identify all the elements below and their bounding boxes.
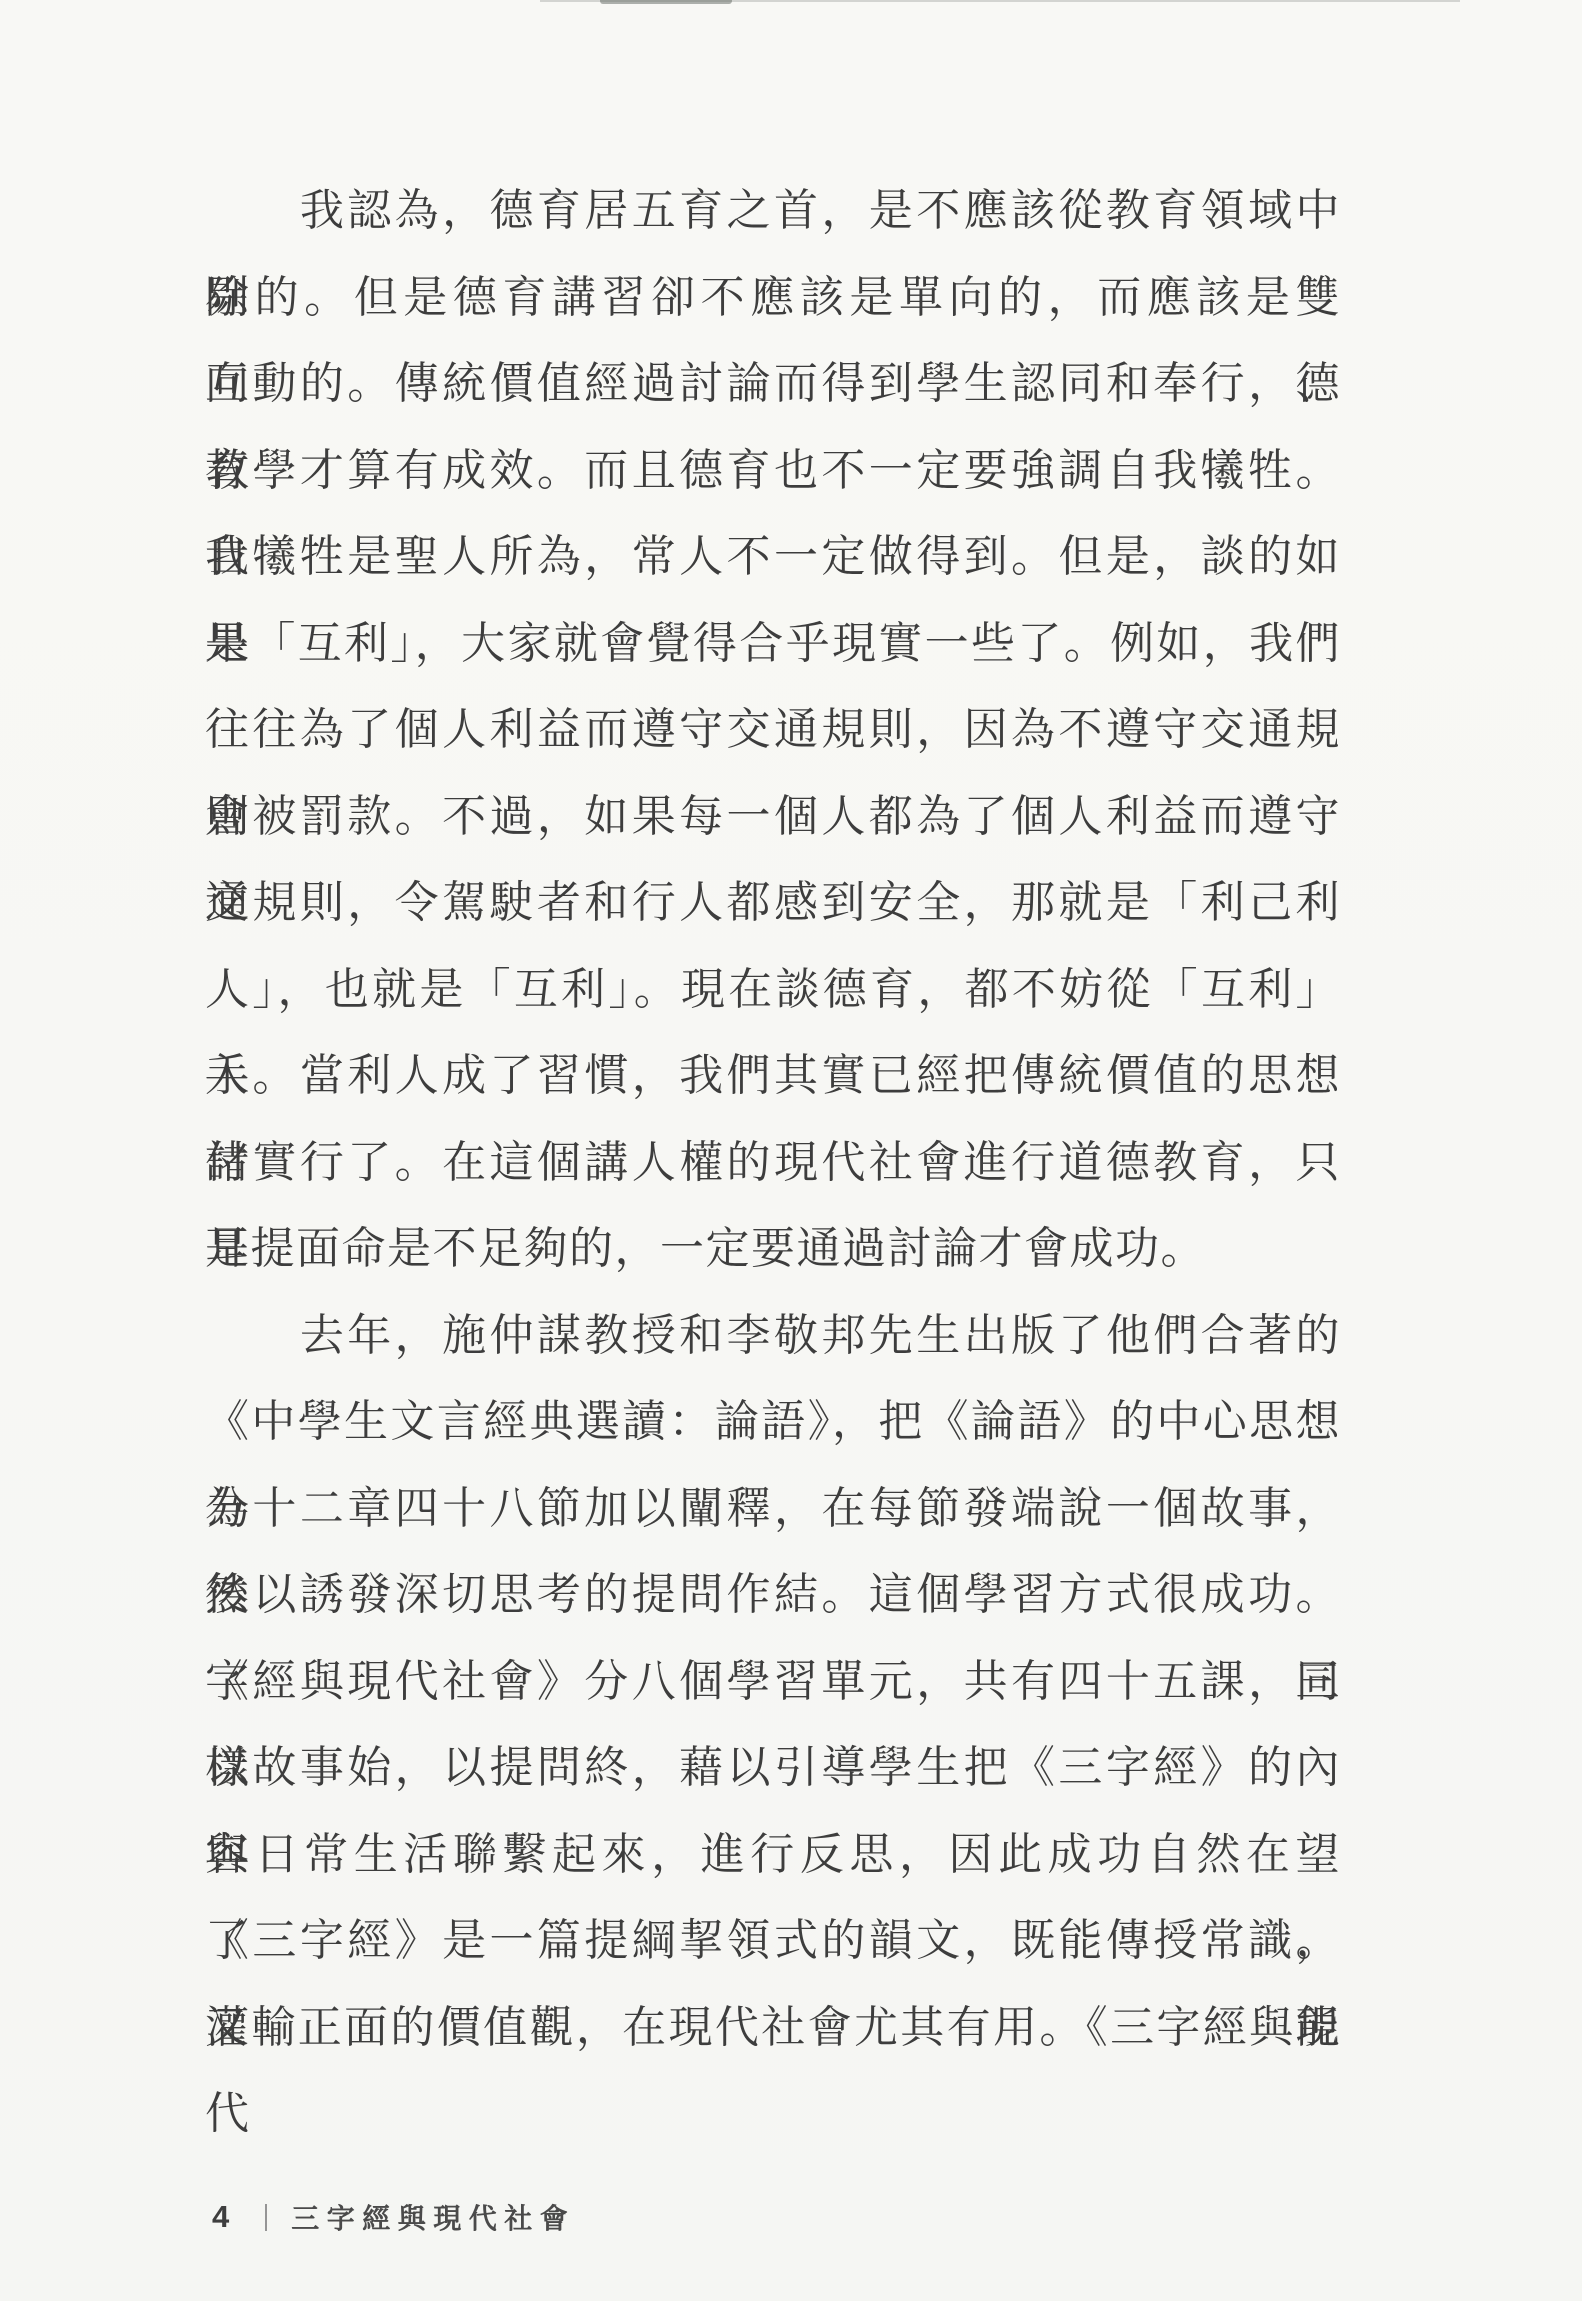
text-line: 我認為，德育居五育之首，是不應該從教育領域中剔 bbox=[205, 168, 1341, 255]
text-line: 灌輸正面的價值觀，在現代社會尤其有用。《三字經與現代 bbox=[205, 1985, 1341, 2072]
footer-divider-line bbox=[265, 2204, 267, 2231]
text-line: 會被罰款。不過，如果每一個人都為了個人利益而遵守交 bbox=[205, 774, 1341, 861]
paragraph: 去年，施仲謀教授和李敬邦先生出版了他們合著的《中學生文言經典選讀：論語》，把《論… bbox=[205, 1293, 1341, 2072]
text-line: 互動的。傳統價值經過討論而得到學生認同和奉行，德育 bbox=[205, 341, 1341, 428]
text-line: 往往為了個人利益而遵守交通規則，因為不遵守交通規則 bbox=[205, 687, 1341, 774]
scan-smudge-artifact bbox=[600, 0, 732, 4]
text-line: 耳提面命是不足夠的，一定要通過討論才會成功。 bbox=[205, 1206, 1341, 1293]
text-line: 諸實行了。在這個講人權的現代社會進行道德教育，只是 bbox=[205, 1120, 1341, 1207]
text-line: 後以誘發深切思考的提問作結。這個學習方式很成功。《三 bbox=[205, 1552, 1341, 1639]
text-line: 除的。但是德育講習卻不應該是單向的，而應該是雙向、 bbox=[205, 255, 1341, 342]
page-number: 4 bbox=[212, 2199, 229, 2235]
paragraph: 我認為，德育居五育之首，是不應該從教育領域中剔除的。但是德育講習卻不應該是單向的… bbox=[205, 168, 1341, 1293]
text-line: 是「互利」，大家就會覺得合乎現實一些了。例如，我們 bbox=[205, 601, 1341, 688]
text-line: 與日常生活聯繫起來，進行反思，因此成功自然在望了。 bbox=[205, 1812, 1341, 1899]
text-line: 字經與現代社會》分八個學習單元，共有四十五課，同樣 bbox=[205, 1639, 1341, 1726]
text-line: 《中學生文言經典選讀：論語》，把《論語》的中心思想分 bbox=[205, 1379, 1341, 1466]
text-line: 手。當利人成了習慣，我們其實已經把傳統價值的思想付 bbox=[205, 1033, 1341, 1120]
text-line: 我犧牲是聖人所為，常人不一定做得到。但是，談的如果 bbox=[205, 514, 1341, 601]
text-line: 以故事始，以提問終，藉以引導學生把《三字經》的內容 bbox=[205, 1725, 1341, 1812]
text-line: 人」，也就是「互利」。現在談德育，都不妨從「互利」入 bbox=[205, 947, 1341, 1034]
book-page: 我認為，德育居五育之首，是不應該從教育領域中剔除的。但是德育講習卻不應該是單向的… bbox=[0, 0, 1582, 2301]
text-line: 通規則，令駕駛者和行人都感到安全，那就是「利己利 bbox=[205, 860, 1341, 947]
text-line: 去年，施仲謀教授和李敬邦先生出版了他們合著的 bbox=[205, 1293, 1341, 1380]
footer-book-title: 三字經與現代社會 bbox=[291, 2197, 575, 2237]
text-line: 教學才算有成效。而且德育也不一定要強調自我犧牲。自 bbox=[205, 428, 1341, 515]
body-text: 我認為，德育居五育之首，是不應該從教育領域中剔除的。但是德育講習卻不應該是單向的… bbox=[205, 168, 1341, 2071]
page-footer: 4 三字經與現代社會 bbox=[212, 2198, 575, 2236]
text-line: 《三字經》是一篇提綱挈領式的韻文，既能傳授常識，又能 bbox=[205, 1898, 1341, 1985]
text-line: 為十二章四十八節加以闡釋，在每節發端說一個故事，然 bbox=[205, 1466, 1341, 1553]
